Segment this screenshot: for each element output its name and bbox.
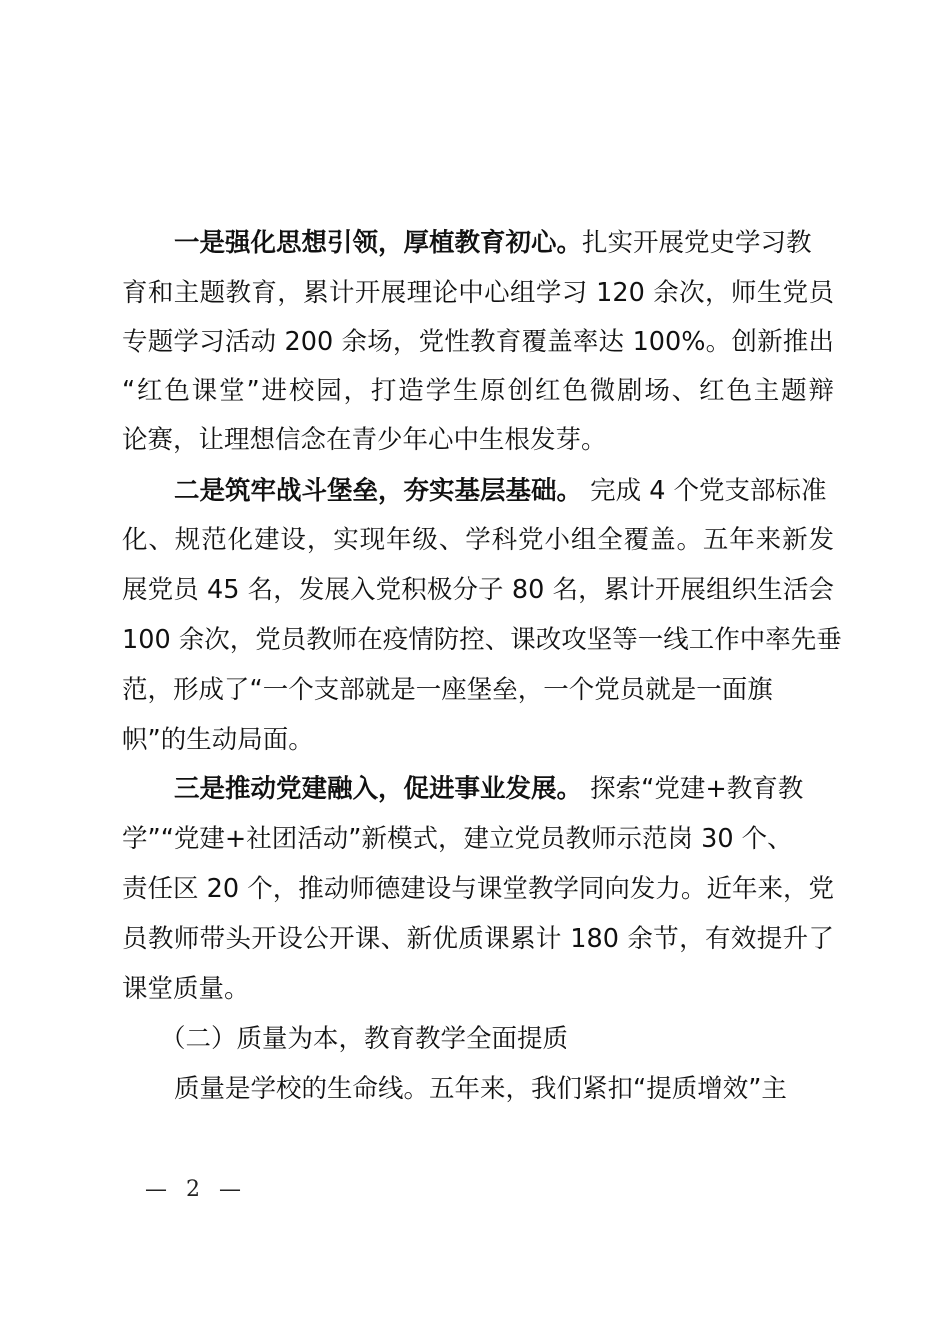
paragraph-2-line-4: 100 余次，党员教师在疫情防控、课改攻坚等一线工作中率先垂 <box>122 615 834 665</box>
paragraph-2-line-6: 帜”的生动局面。 <box>122 715 834 765</box>
paragraph-1-line-2: 育和主题教育，累计开展理论中心组学习 120 余次，师生党员 <box>122 268 834 318</box>
paragraph-2-bold-lead: 二是筑牢战斗堡垒，夯实基层基础。 <box>174 476 582 506</box>
paragraph-3-line-1: 三是推动党建融入，促进事业发展。 探索“党建+教育教 <box>174 764 834 814</box>
page-number: — 2 — <box>145 1177 247 1202</box>
section-heading: （二）质量为本，教育教学全面提质 <box>160 1014 820 1064</box>
paragraph-1-line-1: 一是强化思想引领，厚植教育初心。扎实开展党史学习教 <box>174 218 834 268</box>
paragraph-3-line-4: 员教师带头开设公开课、新优质课累计 180 余节，有效提升了 <box>122 914 834 964</box>
paragraph-2-line-2: 化、规范化建设，实现年级、学科党小组全覆盖。五年来新发 <box>122 515 834 565</box>
paragraph-1-line-4: “红色课堂”进校园，打造学生原创红色微剧场、红色主题辩 <box>122 366 834 416</box>
paragraph-2-line-3: 展党员 45 名，发展入党积极分子 80 名，累计开展组织生活会 <box>122 565 834 615</box>
paragraph-1-bold-lead: 一是强化思想引领，厚植教育初心。 <box>174 228 582 258</box>
paragraph-3-bold-lead: 三是推动党建融入，促进事业发展。 <box>174 774 582 804</box>
paragraph-3-line-3: 责任区 20 个，推动师德建设与课堂教学同向发力。近年来，党 <box>122 864 834 914</box>
paragraph-4-line-1: 质量是学校的生命线。五年来，我们紧扣“提质增效”主 <box>174 1064 834 1114</box>
paragraph-3-line-2: 学”“党建+社团活动”新模式，建立党员教师示范岗 30 个、 <box>122 814 834 864</box>
paragraph-1-line-3: 专题学习活动 200 余场，党性教育覆盖率达 100%。创新推出 <box>122 317 834 367</box>
document-page: 一是强化思想引领，厚植教育初心。扎实开展党史学习教 育和主题教育，累计开展理论中… <box>0 0 950 1344</box>
paragraph-2-line-1: 二是筑牢战斗堡垒，夯实基层基础。 完成 4 个党支部标准 <box>174 466 834 516</box>
paragraph-2-line-5: 范，形成了“一个支部就是一座堡垒，一个党员就是一面旗 <box>122 665 834 715</box>
paragraph-3-line-5: 课堂质量。 <box>122 964 834 1014</box>
paragraph-1-line-5: 论赛，让理想信念在青少年心中生根发芽。 <box>122 415 834 465</box>
